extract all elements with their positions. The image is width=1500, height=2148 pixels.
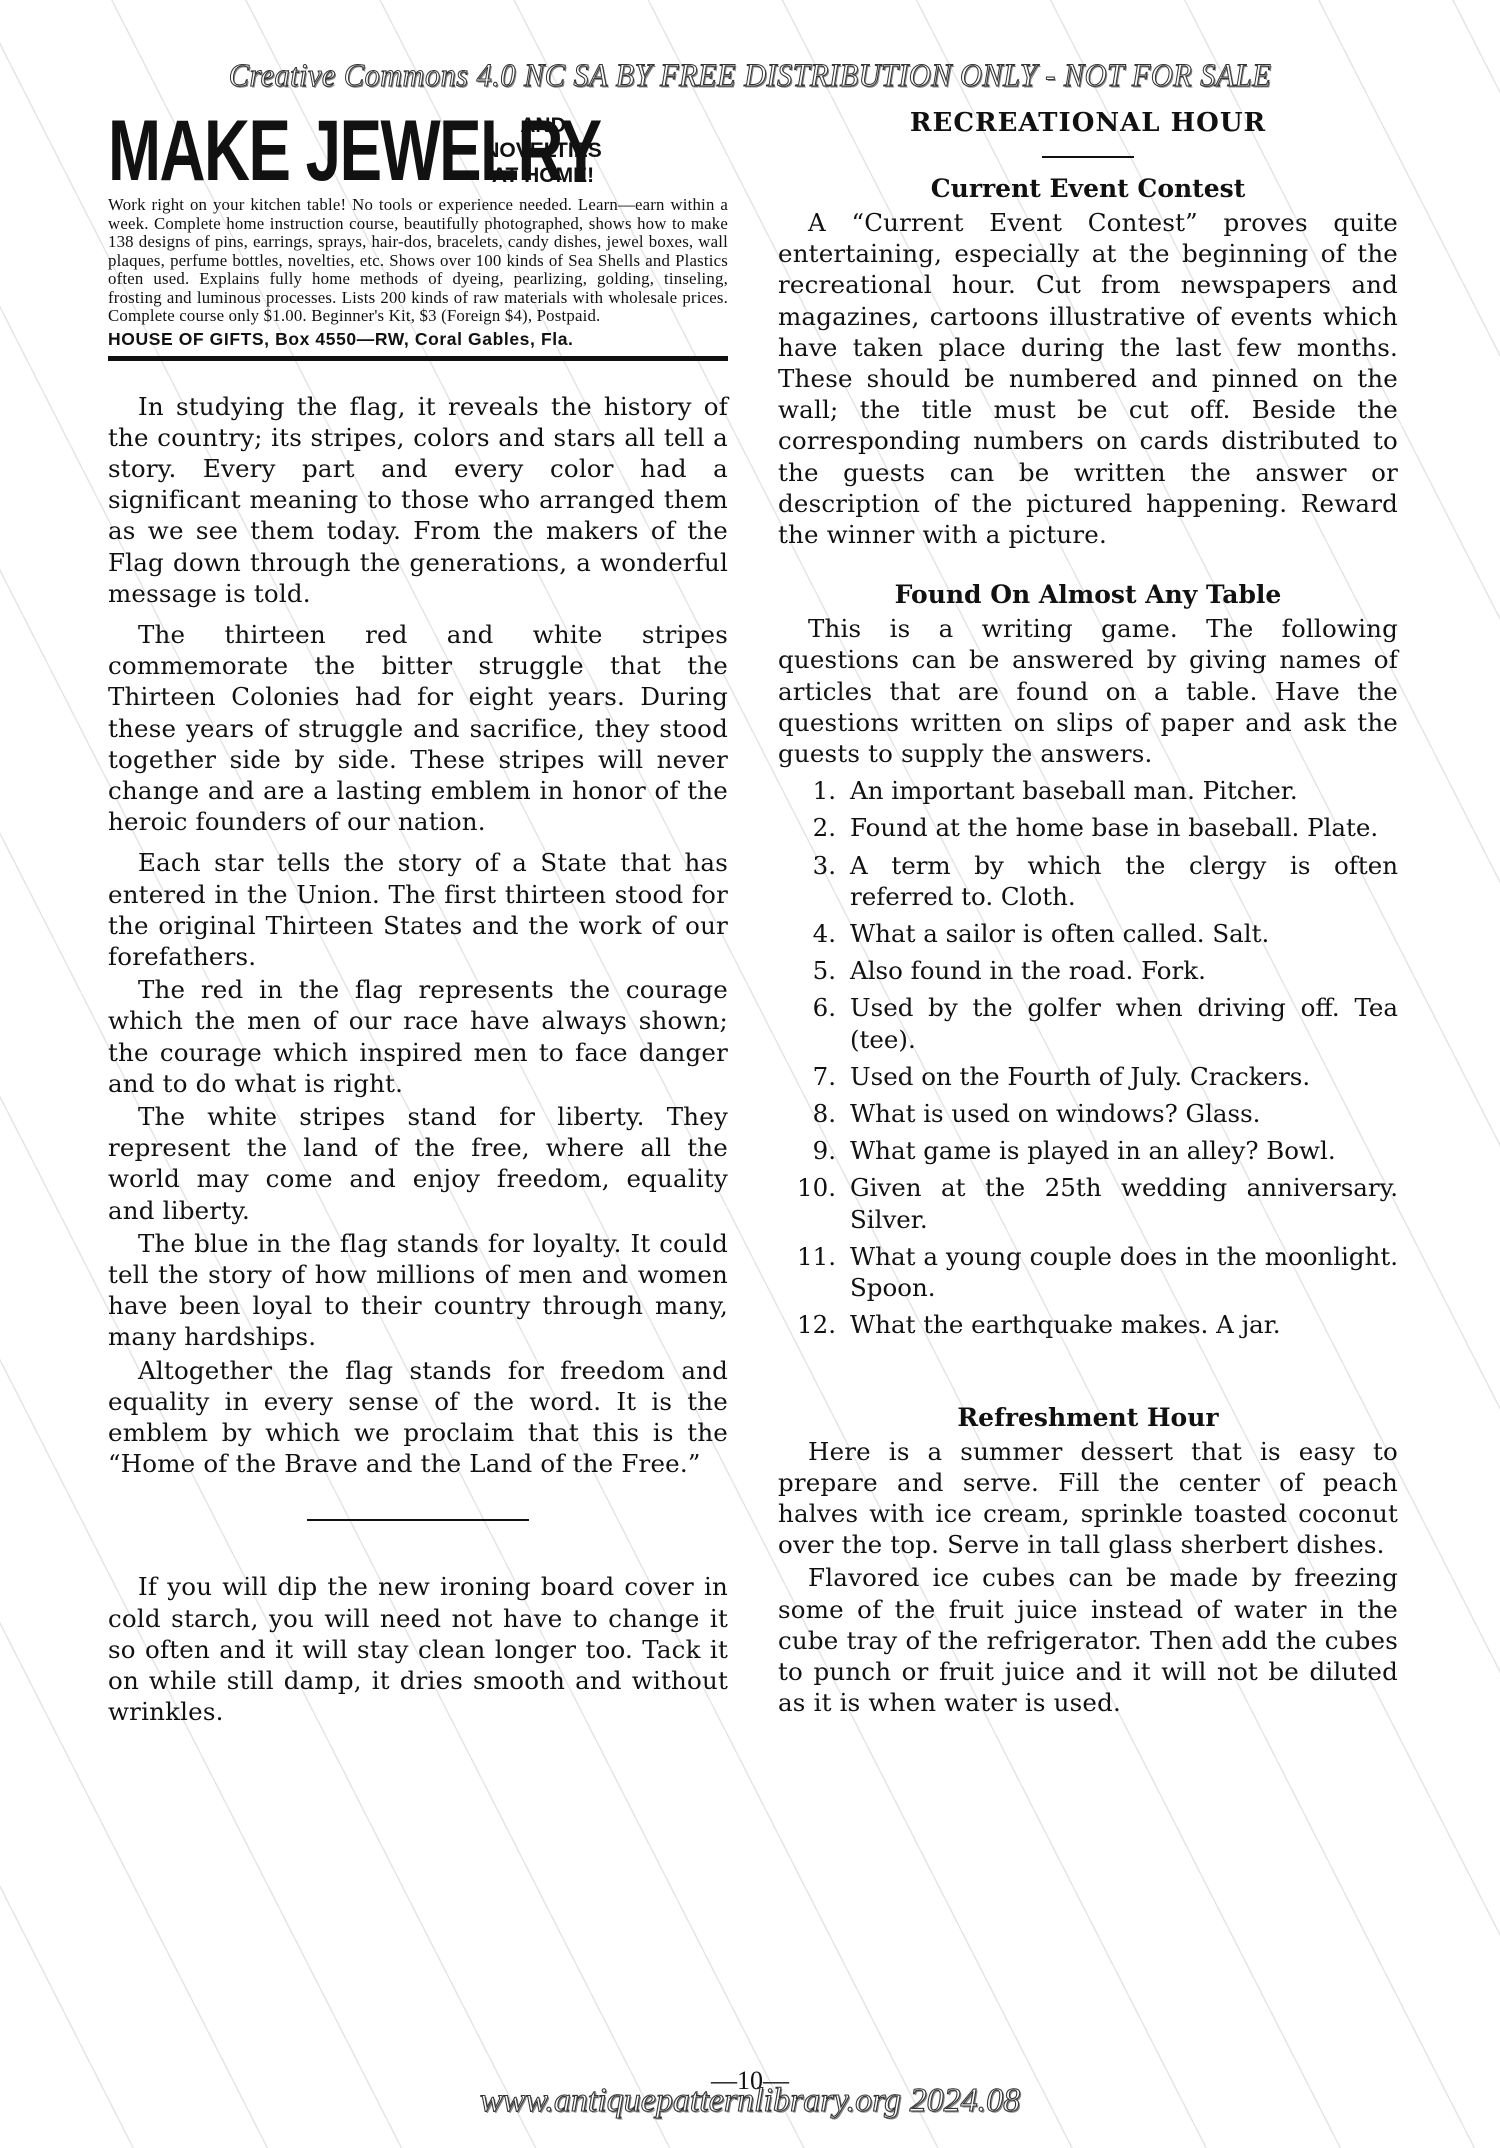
question-item: 3.A term by which the clergy is often re… — [778, 850, 1398, 912]
ad-body: Work right on your kitchen table! No too… — [108, 196, 728, 326]
question-text: Found at the home base in baseball. Plat… — [850, 812, 1398, 843]
question-number: 7. — [778, 1061, 850, 1092]
question-text: An important baseball man. Pitcher. — [850, 775, 1398, 806]
question-item: 10.Given at the 25th wedding anniversary… — [778, 1172, 1398, 1234]
title-rule — [1042, 156, 1134, 158]
flag-paragraph: Altogether the flag stands for freedom a… — [108, 1355, 728, 1480]
ad-address: HOUSE OF GIFTS, Box 4550—RW, Coral Gable… — [108, 329, 728, 350]
question-text: Given at the 25th wedding anniversary. S… — [850, 1172, 1398, 1234]
refreshment-paragraph: Flavored ice cubes can be made by freezi… — [778, 1562, 1398, 1718]
question-number: 10. — [778, 1172, 850, 1234]
table-game-heading: Found On Almost Any Table — [778, 580, 1398, 609]
question-item: 4.What a sailor is often called. Salt. — [778, 918, 1398, 949]
section-title: RECREATIONAL HOUR — [778, 108, 1398, 138]
question-text: Used by the golfer when driving off. Tea… — [850, 992, 1398, 1054]
question-number: 11. — [778, 1241, 850, 1303]
ironing-tip-text: If you will dip the new ironing board co… — [108, 1571, 728, 1727]
question-number: 6. — [778, 992, 850, 1054]
question-text: What a sailor is often called. Salt. — [850, 918, 1398, 949]
flag-paragraph: The red in the flag represents the coura… — [108, 974, 728, 1099]
question-item: 2.Found at the home base in baseball. Pl… — [778, 812, 1398, 843]
left-column: MAKE JEWELRY AND NOVELTIES AT HOME! Work… — [108, 110, 728, 1727]
flag-paragraph: In studying the flag, it reveals the his… — [108, 391, 728, 609]
question-number: 3. — [778, 850, 850, 912]
license-banner: Creative Commons 4.0 NC SA BY FREE DISTR… — [60, 58, 1440, 95]
question-number: 5. — [778, 955, 850, 986]
flag-paragraph: Each star tells the story of a State tha… — [108, 847, 728, 972]
question-text: A term by which the clergy is often refe… — [850, 850, 1398, 912]
question-text: What is used on windows? Glass. — [850, 1098, 1398, 1129]
question-text: Also found in the road. Fork. — [850, 955, 1398, 986]
flag-paragraph: The blue in the flag stands for loyalty.… — [108, 1228, 728, 1353]
question-number: 2. — [778, 812, 850, 843]
question-item: 11.What a young couple does in the moonl… — [778, 1241, 1398, 1303]
section-divider — [307, 1519, 529, 1521]
question-item: 7.Used on the Fourth of July. Crackers. — [778, 1061, 1398, 1092]
right-column: RECREATIONAL HOUR Current Event Contest … — [778, 108, 1398, 1718]
question-number: 12. — [778, 1309, 850, 1340]
ironing-tip: If you will dip the new ironing board co… — [108, 1571, 728, 1727]
footer-url: www.antiquepatternlibrary.org 2024.08 — [0, 2082, 1500, 2120]
question-text: What a young couple does in the moonligh… — [850, 1241, 1398, 1303]
question-item: 12.What the earthquake makes. A jar. — [778, 1309, 1398, 1340]
refreshment-paragraph: Here is a summer dessert that is easy to… — [778, 1436, 1398, 1561]
current-event-heading: Current Event Contest — [778, 174, 1398, 203]
question-number: 8. — [778, 1098, 850, 1129]
ad-bottom-rule — [108, 356, 728, 361]
current-event-text: A “Current Event Contest” proves quite e… — [778, 207, 1398, 550]
question-item: 9.What game is played in an alley? Bowl. — [778, 1135, 1398, 1166]
refreshment-heading: Refreshment Hour — [778, 1403, 1398, 1432]
question-item: 6.Used by the golfer when driving off. T… — [778, 992, 1398, 1054]
question-number: 1. — [778, 775, 850, 806]
question-text: Used on the Fourth of July. Crackers. — [850, 1061, 1398, 1092]
question-list: 1.An important baseball man. Pitcher.2.F… — [778, 775, 1398, 1340]
question-text: What game is played in an alley? Bowl. — [850, 1135, 1398, 1166]
flag-paragraph: The thirteen red and white stripes comme… — [108, 619, 728, 837]
question-item: 8.What is used on windows? Glass. — [778, 1098, 1398, 1129]
question-item: 1.An important baseball man. Pitcher. — [778, 775, 1398, 806]
flag-article: In studying the flag, it reveals the his… — [108, 391, 728, 1480]
question-number: 9. — [778, 1135, 850, 1166]
ad-title: MAKE JEWELRY — [108, 110, 437, 192]
table-game-intro: This is a writing game. The following qu… — [778, 613, 1398, 769]
question-item: 5.Also found in the road. Fork. — [778, 955, 1398, 986]
question-number: 4. — [778, 918, 850, 949]
flag-paragraph: The white stripes stand for liberty. The… — [108, 1101, 728, 1226]
question-text: What the earthquake makes. A jar. — [850, 1309, 1398, 1340]
jewelry-advertisement: MAKE JEWELRY AND NOVELTIES AT HOME! Work… — [108, 110, 728, 361]
